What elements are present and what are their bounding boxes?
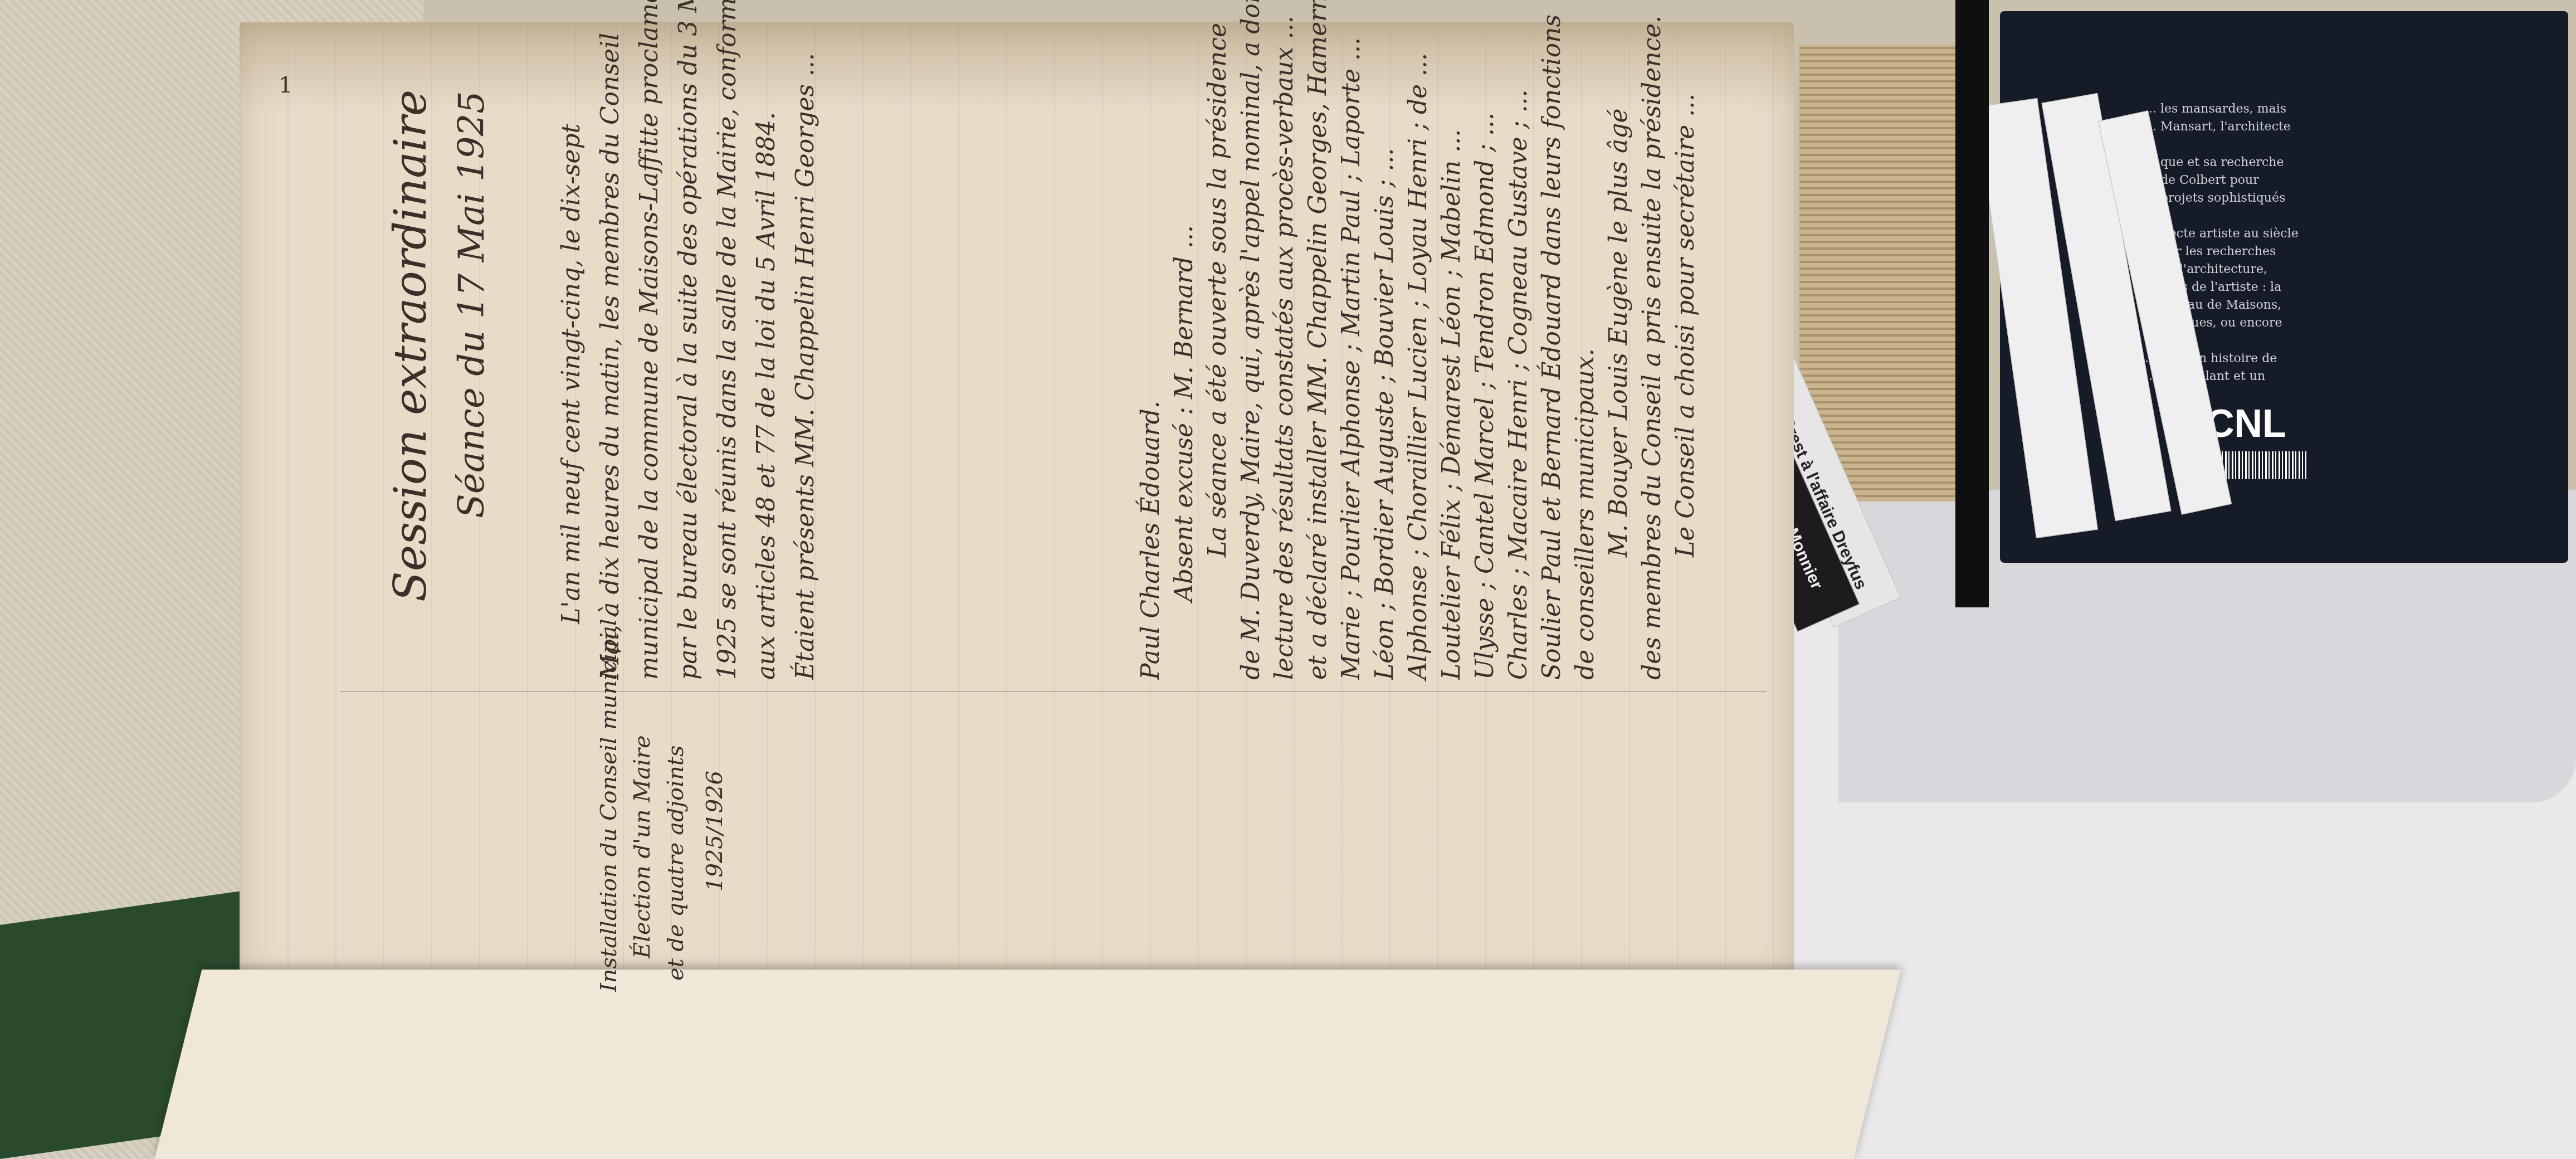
body-line: et a déclaré installer MM. Chappelin Geo…: [1304, 0, 1332, 680]
body-line: La séance a été ouverte sous la présiden…: [1203, 23, 1232, 557]
page-number: 1: [279, 72, 292, 98]
body-line: Étaient présents MM. Chappelin Henri Geo…: [791, 53, 819, 680]
body-line: Absent excusé : M. Bernard ...: [1170, 225, 1198, 602]
body-line: Léon ; Bordier Auguste ; Bouvier Louis ;…: [1370, 148, 1399, 680]
body-line: Alphonse ; Choraillier Lucien ; Loyau He…: [1404, 53, 1432, 680]
margin-note-line-3: et de quatre adjoints: [663, 746, 689, 981]
body-line: de conseillers municipaux.: [1571, 348, 1599, 680]
publisher-logo: CNL: [2206, 401, 2286, 446]
body-line: Loutelier Félix ; Démarest Léon ; Mabeli…: [1437, 129, 1466, 680]
body-line: municipal de la commune de Maisons-Laffi…: [635, 0, 663, 680]
barcode: [2212, 451, 2306, 479]
session-title: Session extraordinaire: [384, 90, 436, 602]
body-line: Charles ; Macaire Henri ; Cogneau Gustav…: [1504, 89, 1533, 680]
body-line: Mai, à dix heures du matin, les membres …: [596, 33, 625, 680]
spiral-binder: [1955, 0, 1989, 607]
body-line: 1925 se sont réunis dans la salle de la …: [713, 0, 741, 680]
body-line: L'an mil neuf cent vingt-cinq, le dix-se…: [557, 124, 586, 624]
body-line: Marie ; Pourlier Alphonse ; Martin Paul …: [1337, 37, 1365, 680]
body-line: des membres du Conseil a pris ensuite la…: [1638, 16, 1666, 680]
body-line: par le bureau électoral à la suite des o…: [674, 0, 702, 680]
session-date: Séance du 17 Mai 1925: [451, 91, 492, 518]
margin-note-line-2: Élection d'un Maire: [630, 735, 655, 958]
body-line: Le Conseil a choisi pour secrétaire ...: [1671, 94, 1700, 557]
body-line: lecture des résultats constatés aux proc…: [1270, 16, 1299, 680]
body-line: M. Bouyer Louis Eugène le plus âgé: [1604, 109, 1633, 558]
body-line: aux articles 48 et 77 de la loi du 5 Avr…: [752, 112, 780, 680]
body-line: Soulier Paul et Bernard Édouard dans leu…: [1538, 14, 1566, 680]
margin-note-line-4: 1925/1926: [702, 771, 728, 892]
body-line: Ulysse ; Cantel Marcel ; Tendron Edmond …: [1471, 113, 1499, 680]
body-line: de M. Duverdy, Maire, qui, après l'appel…: [1237, 0, 1265, 680]
body-line: Paul Charles Édouard.: [1136, 401, 1165, 680]
margin-rule: [340, 691, 1766, 692]
blank-facing-page: [155, 970, 1901, 1159]
